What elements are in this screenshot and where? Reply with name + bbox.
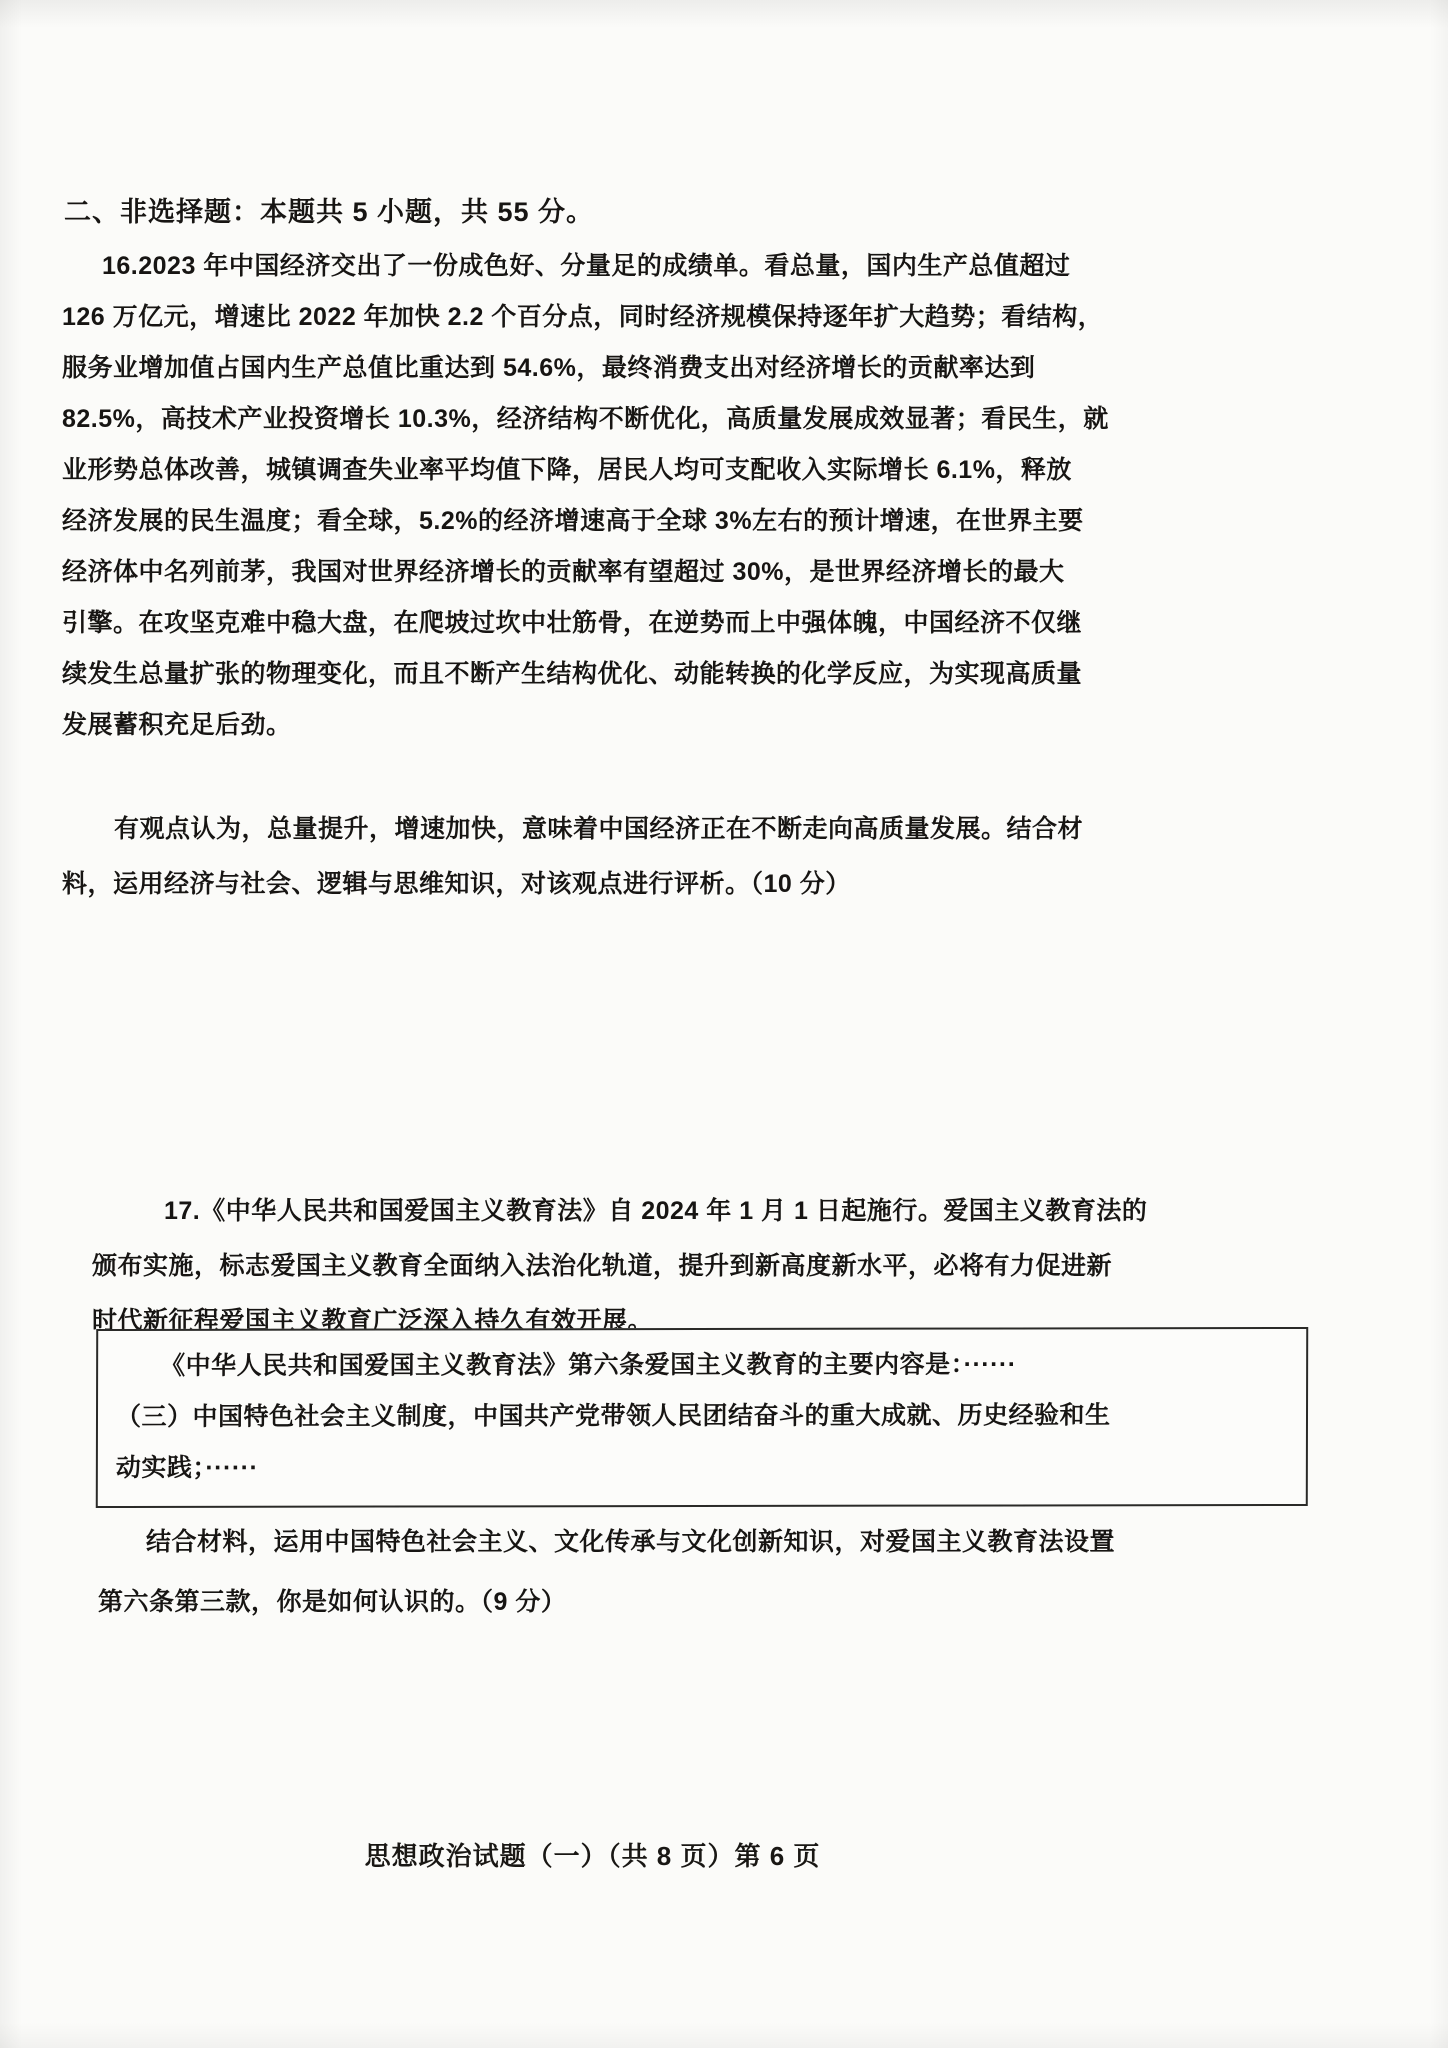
paragraph-line: 82.5%，高技术产业投资增长 10.3%，经济结构不断优化，高质量发展成效显著…	[62, 394, 1057, 445]
paragraph-line: 第六条第三款，你是如何认识的。（9 分）	[98, 1572, 1073, 1632]
paragraph-line: 料，运用经济与社会、逻辑与思维知识，对该观点进行评析。（10 分）	[62, 857, 1057, 912]
paragraph-line: 经济体中名列前茅，我国对世界经济增长的贡献率有望超过 30%，是世界经济增长的最…	[62, 547, 1057, 598]
paragraph-line: 17.《中华人民共和国爱国主义教育法》自 2024 年 1 月 1 日起施行。爱…	[92, 1184, 1067, 1239]
law-excerpt-box: 《中华人民共和国爱国主义教育法》第六条爱国主义教育的主要内容是：······ （…	[96, 1327, 1308, 1508]
excerpt-line: （三）中国特色社会主义制度，中国共产党带领人民团结奋斗的重大成就、历史经验和生	[116, 1390, 1288, 1443]
paragraph-line: 126 万亿元，增速比 2022 年加快 2.2 个百分点，同时经济规模保持逐年…	[62, 292, 1057, 343]
paragraph-line: 结合材料，运用中国特色社会主义、文化传承与文化创新知识，对爱国主义教育法设置	[98, 1512, 1073, 1572]
paragraph-line: 颁布实施，标志爱国主义教育全面纳入法治化轨道，提升到新高度新水平，必将有力促进新	[92, 1239, 1067, 1294]
paragraph-line: 续发生总量扩张的物理变化，而且不断产生结构优化、动能转换的化学反应，为实现高质量	[62, 649, 1057, 700]
paragraph-line: 服务业增加值占国内生产总值比重达到 54.6%，最终消费支出对经济增长的贡献率达…	[62, 343, 1057, 394]
question-16-task: 有观点认为，总量提升，增速加快，意味着中国经济正在不断走向高质量发展。结合材 料…	[62, 802, 1057, 912]
paragraph-line: 引擎。在攻坚克难中稳大盘，在爬坡过坎中壮筋骨，在逆势而上中强体魄，中国经济不仅继	[62, 598, 1057, 649]
paragraph-line: 发展蓄积充足后劲。	[62, 700, 1057, 751]
question-17-material: 17.《中华人民共和国爱国主义教育法》自 2024 年 1 月 1 日起施行。爱…	[92, 1184, 1067, 1349]
paragraph-line: 经济发展的民生温度；看全球，5.2%的经济增速高于全球 3%左右的预计增速，在世…	[62, 496, 1057, 547]
section-header: 二、非选择题：本题共 5 小题，共 55 分。	[64, 190, 594, 229]
question-17-task: 结合材料，运用中国特色社会主义、文化传承与文化创新知识，对爱国主义教育法设置 第…	[98, 1512, 1073, 1632]
paragraph-line: 业形势总体改善，城镇调查失业率平均值下降，居民人均可支配收入实际增长 6.1%，…	[62, 445, 1057, 496]
paragraph-line: 16.2023 年中国经济交出了一份成色好、分量足的成绩单。看总量，国内生产总值…	[62, 241, 1057, 292]
paragraph-line: 有观点认为，总量提升，增速加快，意味着中国经济正在不断走向高质量发展。结合材	[62, 802, 1057, 857]
excerpt-line: 动实践；······	[116, 1441, 1288, 1494]
page-footer: 思想政治试题（一）（共 8 页）第 6 页	[60, 1836, 1125, 1873]
question-16-material: 16.2023 年中国经济交出了一份成色好、分量足的成绩单。看总量，国内生产总值…	[62, 241, 1057, 751]
excerpt-line: 《中华人民共和国爱国主义教育法》第六条爱国主义教育的主要内容是：······	[116, 1339, 1288, 1392]
exam-page: 二、非选择题：本题共 5 小题，共 55 分。 16.2023 年中国经济交出了…	[0, 0, 1448, 2048]
